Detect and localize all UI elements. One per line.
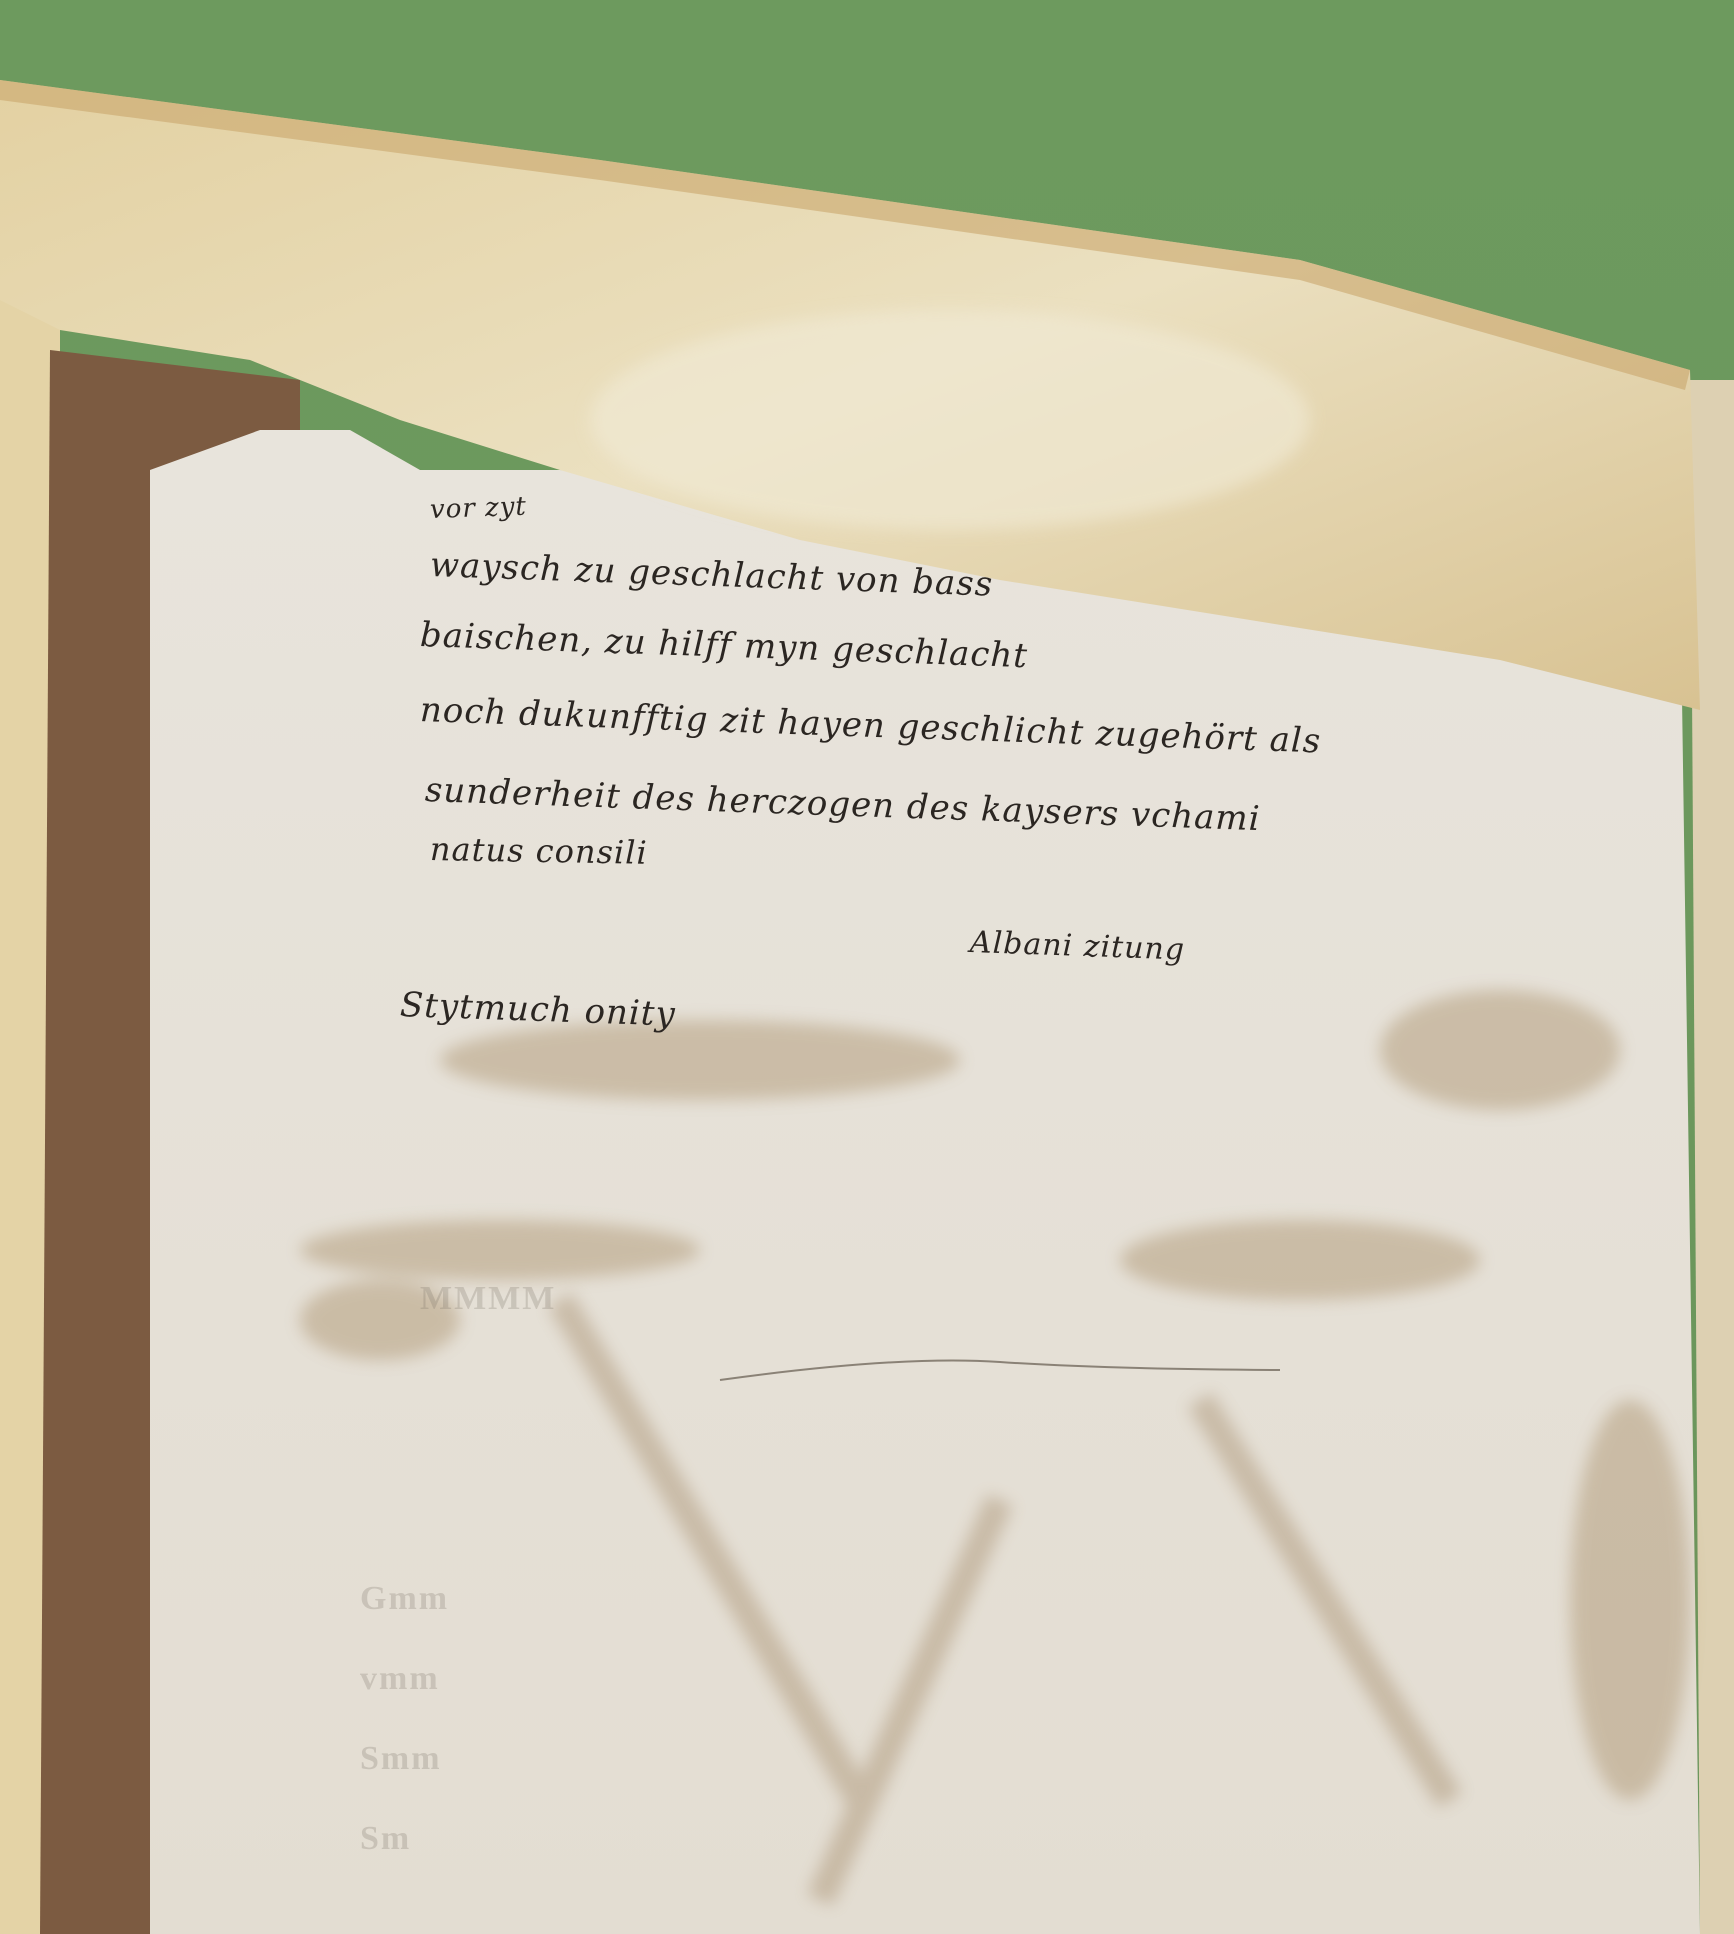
handwriting-line-1: vor zyt <box>429 492 527 525</box>
offset-print-line: Sm <box>360 1820 411 1858</box>
offset-print-line: Gmm <box>360 1580 449 1618</box>
handwriting-line-6: natus consili <box>430 830 648 872</box>
offset-print-line: MMMM <box>420 1280 556 1318</box>
handwriting-signature-right: Albani zitung <box>969 925 1185 967</box>
book-binding <box>0 0 1734 1934</box>
offset-print-line: Smm <box>360 1740 442 1778</box>
offset-print-line: vmm <box>360 1660 440 1698</box>
